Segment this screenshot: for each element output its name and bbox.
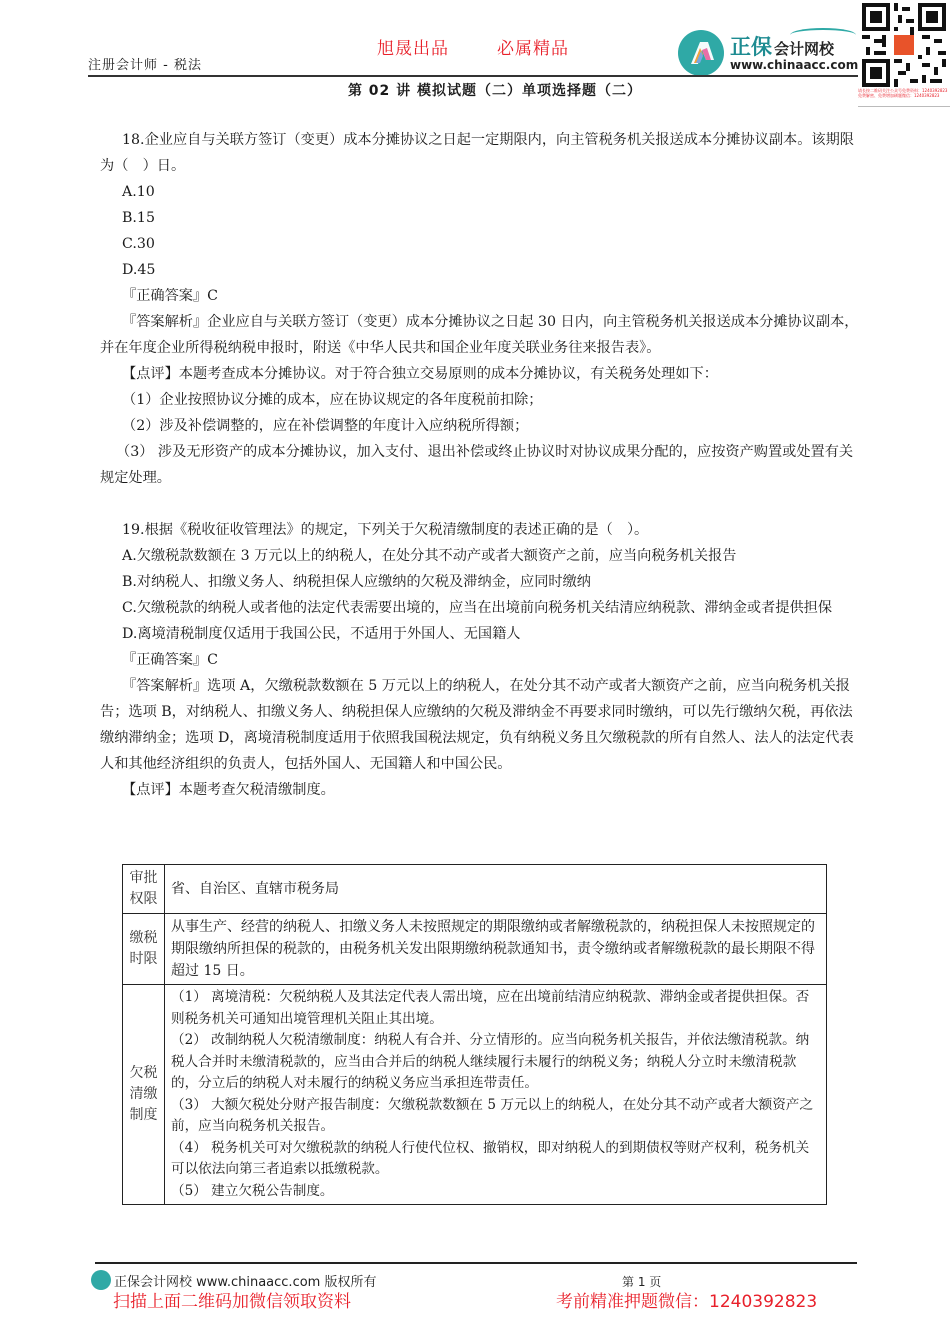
answer-analysis: 『答案解析』企业应自与关联方签订（变更）成本分摊协议之日起 30 日内，向主管税… xyxy=(100,309,860,361)
logo-emblem-icon xyxy=(678,30,724,76)
row-value: 从事生产、经营的纳税人、扣缴义务人未按照规定的期限缴纳或者解缴税款的，纳税担保人… xyxy=(165,914,827,985)
list-item: （4） 税务机关可对欠缴税款的纳税人行使代位权、撤销权，即对纳税人的到期债权等财… xyxy=(171,1138,820,1181)
brand-logo: 正保会计网校 www.chinaacc.com xyxy=(678,28,858,78)
footer-logo-icon xyxy=(91,1270,111,1290)
slogan-left: 旭晟出品 xyxy=(377,34,449,59)
comment-point-3: （3） 涉及无形资产的成本分摊协议，加入支付、退出补偿或终止协议时对协议成果分配… xyxy=(100,439,860,491)
promo-scan-qr: 扫描上面二维码加微信领取资料 xyxy=(113,1287,351,1312)
row-value: 省、自治区、直辖市税务局 xyxy=(165,865,827,914)
row-label: 审批权限 xyxy=(123,865,165,914)
option-b: B.对纳税人、扣缴义务人、纳税担保人应缴纳的欠税及滞纳金，应同时缴纳 xyxy=(100,569,860,595)
option-d: D.45 xyxy=(100,257,860,283)
wechat-qr-code[interactable] xyxy=(862,3,946,87)
list-item: （3） 大额欠税处分财产报告制度：欠缴税款数额在 5 万元以上的纳税人，在处分其… xyxy=(171,1095,820,1138)
course-subject: 注册会计师 - 税法 xyxy=(88,54,202,73)
list-item: （2） 改制纳税人欠税清缴制度：纳税人有合并、分立情形的。应当向税务机关报告，并… xyxy=(171,1030,820,1095)
question-stem: 19.根据《税收征收管理法》的规定，下列关于欠税清缴制度的表述正确的是（ ）。 xyxy=(100,517,860,543)
list-item: （5） 建立欠税公告制度。 xyxy=(171,1181,820,1203)
option-c: C.30 xyxy=(100,231,860,257)
comment-point-1: （1）企业按照协议分摊的成本，应在协议规定的各年度税前扣除； xyxy=(100,387,860,413)
slogan-right: 必属精品 xyxy=(497,34,569,59)
option-a: A.欠缴税款数额在 3 万元以上的纳税人，在处分其不动产或者大额资产之前，应当向… xyxy=(100,543,860,569)
question-stem: 18.企业应自与关联方签订（变更）成本分摊协议之日起一定期限内，向主管税务机关报… xyxy=(100,127,860,179)
table-row: 缴税时限 从事生产、经营的纳税人、扣缴义务人未按照规定的期限缴纳或者解缴税款的，… xyxy=(123,914,827,985)
tax-arrears-table: 审批权限 省、自治区、直辖市税务局 缴税时限 从事生产、经营的纳税人、扣缴义务人… xyxy=(122,864,827,1205)
table-row: 欠税清缴制度 （1） 离境清税：欠税纳税人及其法定代表人需出境，应在出境前结清应… xyxy=(123,985,827,1205)
comment: 【点评】本题考查欠税清缴制度。 xyxy=(100,777,860,803)
comment: 【点评】本题考查成本分摊协议。对于符合独立交易原则的成本分摊协议，有关税务处理如… xyxy=(100,361,860,387)
option-b: B.15 xyxy=(100,205,860,231)
question-18: 18.企业应自与关联方签订（变更）成本分摊协议之日起一定期限内，向主管税务机关报… xyxy=(100,127,860,491)
qr-divider xyxy=(858,106,950,107)
lecture-title: 第 02 讲 模拟试题（二）单项选择题（二） xyxy=(0,80,950,100)
option-c: C.欠缴税款的纳税人或者他的法定代表需要出境的，应当在出境前向税务机关结清应纳税… xyxy=(100,595,860,621)
row-label: 欠税清缴制度 xyxy=(123,985,165,1205)
comment-point-2: （2）涉及补偿调整的，应在补偿调整的年度计入应纳税所得额； xyxy=(100,413,860,439)
footer-divider xyxy=(95,1262,857,1264)
document-body: 18.企业应自与关联方签订（变更）成本分摊协议之日起一定期限内，向主管税务机关报… xyxy=(100,127,860,803)
list-item: （1） 离境清税：欠税纳税人及其法定代表人需出境，应在出境前结清应纳税款、滞纳金… xyxy=(171,987,820,1030)
table-row: 审批权限 省、自治区、直辖市税务局 xyxy=(123,865,827,914)
answer-analysis: 『答案解析』选项 A，欠缴税款数额在 5 万元以上的纳税人，在处分其不动产或者大… xyxy=(100,673,860,777)
row-label: 缴税时限 xyxy=(123,914,165,985)
header-divider xyxy=(88,75,858,77)
question-19: 19.根据《税收征收管理法》的规定，下列关于欠税清缴制度的表述正确的是（ ）。 … xyxy=(100,517,860,803)
correct-answer: 『正确答案』C xyxy=(100,647,860,673)
correct-answer: 『正确答案』C xyxy=(100,283,860,309)
option-d: D.离境清税制度仅适用于我国公民，不适用于外国人、无国籍人 xyxy=(100,621,860,647)
option-a: A.10 xyxy=(100,179,860,205)
row-value: （1） 离境清税：欠税纳税人及其法定代表人需出境，应在出境前结清应纳税款、滞纳金… xyxy=(165,985,827,1205)
logo-brand-name: 正保会计网校 xyxy=(730,31,834,61)
promo-wechat: 考前精准押题微信：1240392823 xyxy=(556,1287,817,1312)
logo-url[interactable]: www.chinaacc.com xyxy=(730,58,858,72)
